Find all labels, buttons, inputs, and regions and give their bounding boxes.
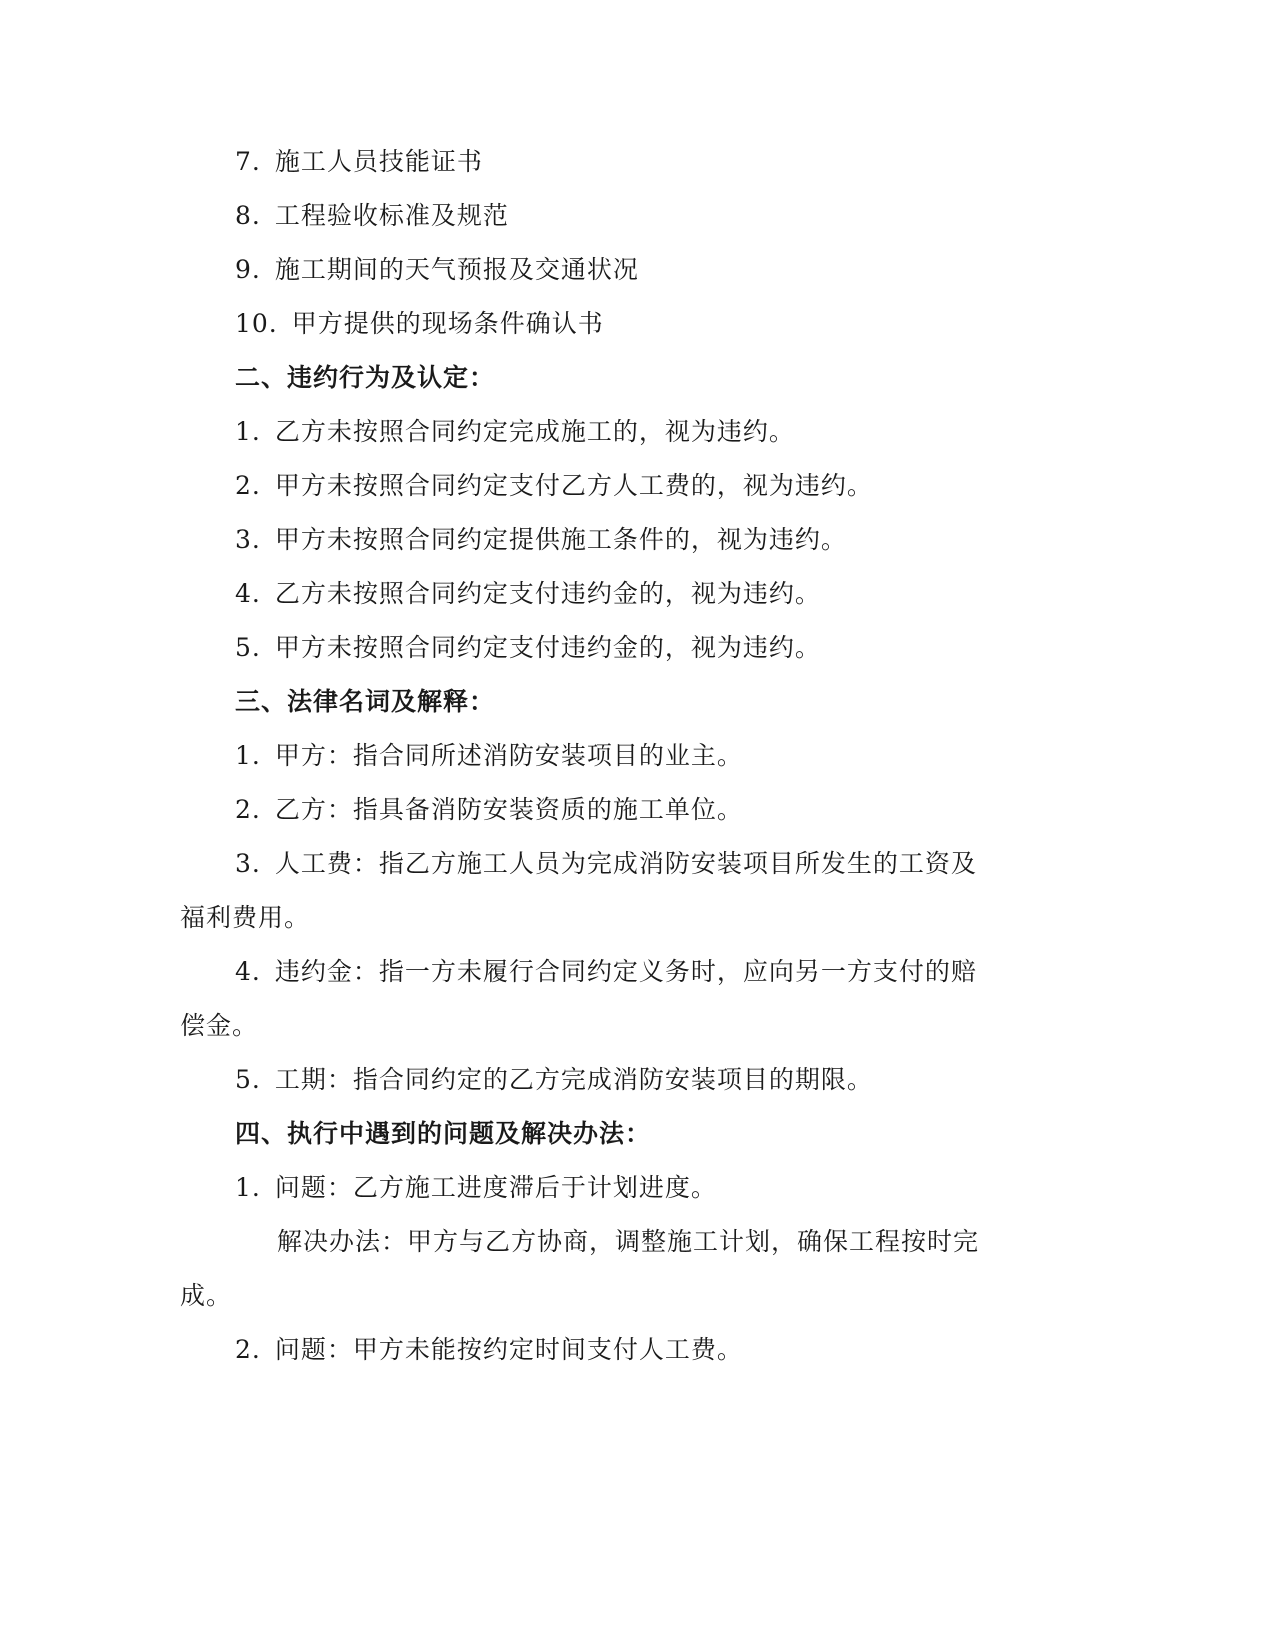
document-page: 7.施工人员技能证书 8.工程验收标准及规范 9.施工期间的天气预报及交通状况 …	[0, 0, 1275, 1650]
list-item: 3.人工费：指乙方施工人员为完成消防安装项目所发生的工资及	[235, 848, 977, 880]
list-item: 1.甲方：指合同所述消防安装项目的业主。	[235, 740, 743, 772]
list-item: 9.施工期间的天气预报及交通状况	[235, 254, 639, 286]
list-item: 1.乙方未按照合同约定完成施工的，视为违约。	[235, 416, 795, 448]
list-item: 2.乙方：指具备消防安装资质的施工单位。	[235, 794, 743, 826]
list-item-continuation: 偿金。	[180, 1010, 258, 1042]
section-heading: 四、执行中遇到的问题及解决办法：	[235, 1118, 651, 1150]
list-item: 8.工程验收标准及规范	[235, 200, 509, 232]
list-item: 2.甲方未按照合同约定支付乙方人工费的，视为违约。	[235, 470, 873, 502]
list-item: 7.施工人员技能证书	[235, 146, 483, 178]
list-item: 4.违约金：指一方未履行合同约定义务时，应向另一方支付的赔	[235, 956, 977, 988]
list-item-continuation: 福利费用。	[180, 902, 310, 934]
list-item: 4.乙方未按照合同约定支付违约金的，视为违约。	[235, 578, 821, 610]
list-item: 5.工期：指合同约定的乙方完成消防安装项目的期限。	[235, 1064, 873, 1096]
list-item: 3.甲方未按照合同约定提供施工条件的，视为违约。	[235, 524, 847, 556]
list-item: 10.甲方提供的现场条件确认书	[235, 308, 604, 340]
list-item: 5.甲方未按照合同约定支付违约金的，视为违约。	[235, 632, 821, 664]
solution-text: 解决办法：甲方与乙方协商，调整施工计划，确保工程按时完	[277, 1226, 979, 1258]
section-heading: 二、违约行为及认定：	[235, 362, 495, 394]
list-item: 1.问题：乙方施工进度滞后于计划进度。	[235, 1172, 717, 1204]
section-heading: 三、法律名词及解释：	[235, 686, 495, 718]
list-item: 2.问题：甲方未能按约定时间支付人工费。	[235, 1334, 743, 1366]
list-item-continuation: 成。	[180, 1280, 232, 1312]
